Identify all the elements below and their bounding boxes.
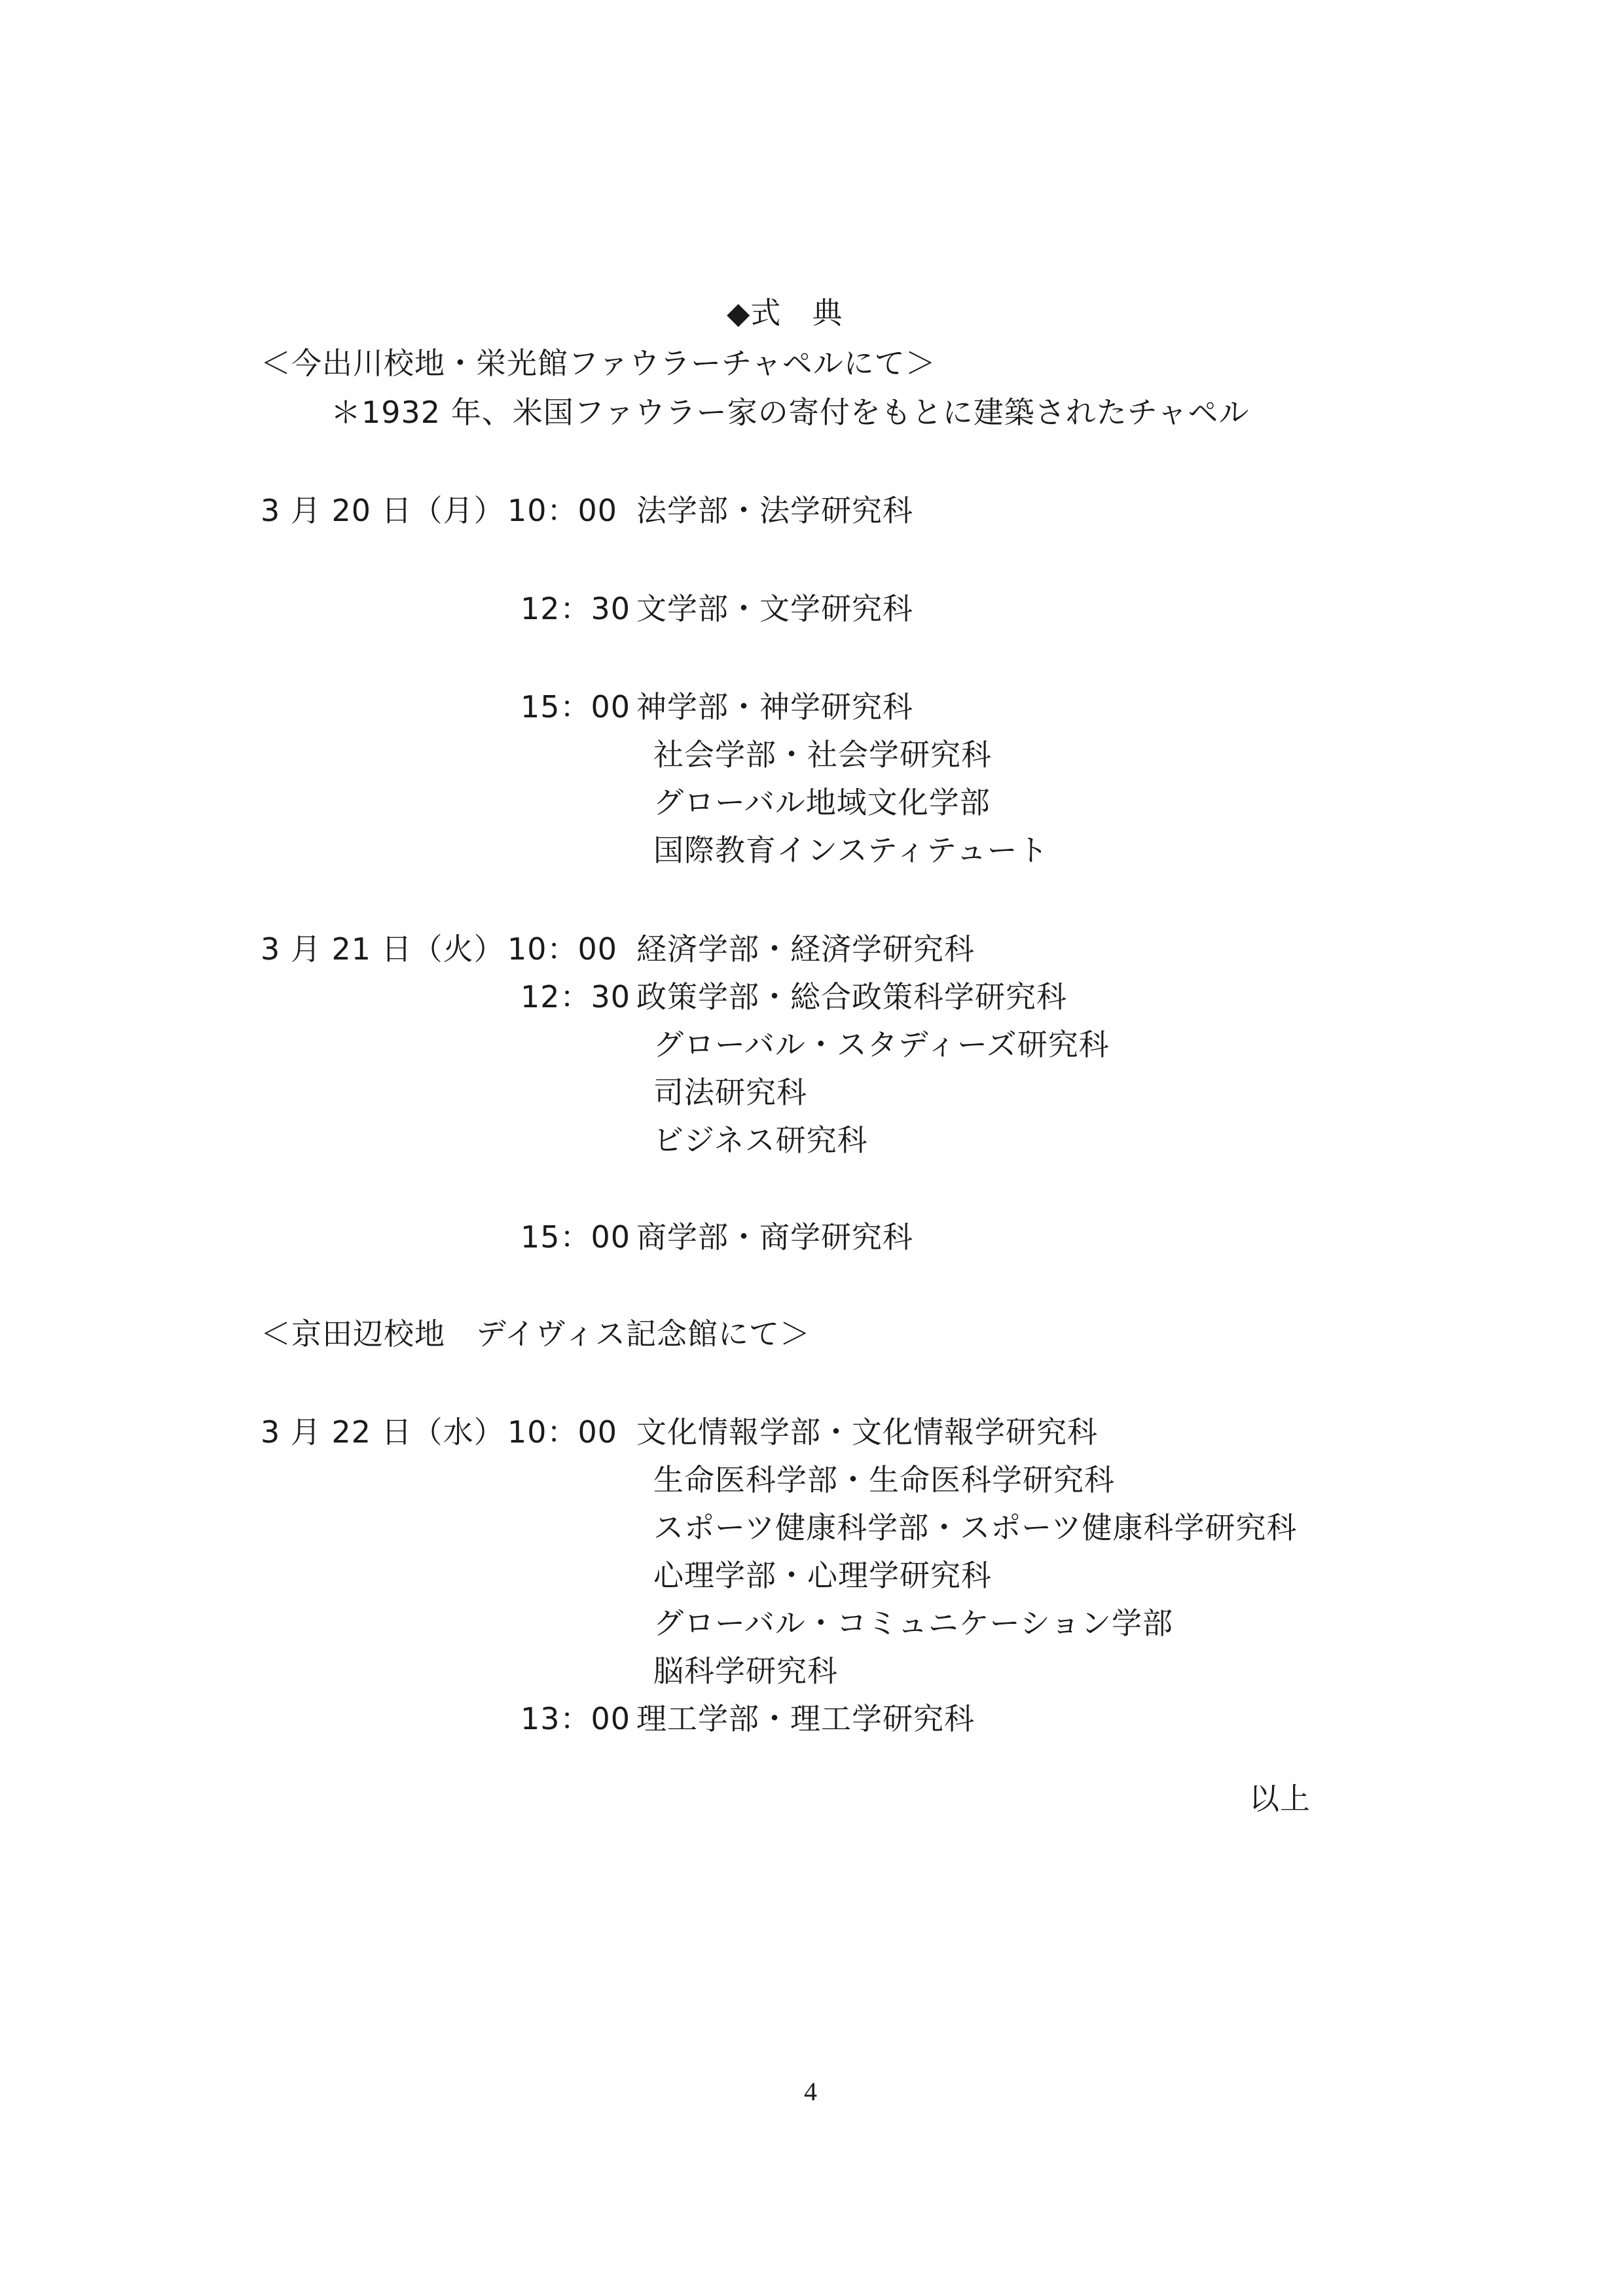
date-day1: 3 月 20 日（月） [261, 492, 505, 529]
department: グローバル地域文化学部 [653, 784, 991, 821]
time-slot: 15：00 [520, 1219, 630, 1255]
time-slot: 10：00 [507, 931, 617, 967]
department: 文化情報学部・文化情報学研究科 [636, 1414, 1098, 1450]
department: 文学部・文学研究科 [636, 590, 913, 627]
venue-imadegawa: ＜今出川校地・栄光館ファウラーチャペルにて＞ [261, 345, 936, 382]
department: 理工学部・理工学研究科 [636, 1700, 975, 1737]
date-day2: 3 月 21 日（火） [261, 931, 505, 967]
time-slot: 12：30 [520, 978, 630, 1015]
closing-text: 以上 [1249, 1780, 1311, 1817]
time-slot: 13：00 [520, 1700, 630, 1737]
department: ビジネス研究科 [653, 1122, 868, 1158]
time-slot: 10：00 [507, 1414, 617, 1450]
department: スポーツ健康科学部・スポーツ健康科学研究科 [653, 1509, 1297, 1546]
department: 脳科学研究科 [653, 1653, 838, 1689]
department: 経済学部・経済学研究科 [636, 931, 975, 967]
time-slot: 10：00 [507, 492, 617, 529]
department: 社会学部・社会学研究科 [653, 736, 992, 773]
section-heading: ◆式 典 [727, 295, 843, 331]
date-day3: 3 月 22 日（水） [261, 1414, 505, 1450]
venue-kyotanabe: ＜京田辺校地 デイヴィス記念館にて＞ [261, 1316, 811, 1352]
time-slot: 15：00 [520, 689, 630, 725]
department: 法学部・法学研究科 [636, 492, 913, 529]
department: 国際教育インスティテュート [653, 832, 1049, 869]
department: 司法研究科 [653, 1074, 807, 1111]
department: グローバル・スタディーズ研究科 [653, 1026, 1110, 1063]
department: グローバル・コミュニケーション学部 [653, 1605, 1173, 1641]
venue-note: ＊1932 年、米国ファウラー家の寄付をもとに建築されたチャペル [331, 394, 1249, 431]
department: 政策学部・総合政策科学研究科 [636, 978, 1067, 1015]
department: 生命医科学部・生命医科学研究科 [653, 1462, 1115, 1498]
department: 心理学部・心理学研究科 [653, 1557, 992, 1594]
heading-title: 式 典 [750, 295, 843, 331]
diamond-icon: ◆ [727, 295, 750, 331]
time-slot: 12：30 [520, 590, 630, 627]
department: 神学部・神学研究科 [636, 689, 913, 725]
department: 商学部・商学研究科 [636, 1219, 913, 1255]
page-number: 4 [804, 2076, 817, 2107]
